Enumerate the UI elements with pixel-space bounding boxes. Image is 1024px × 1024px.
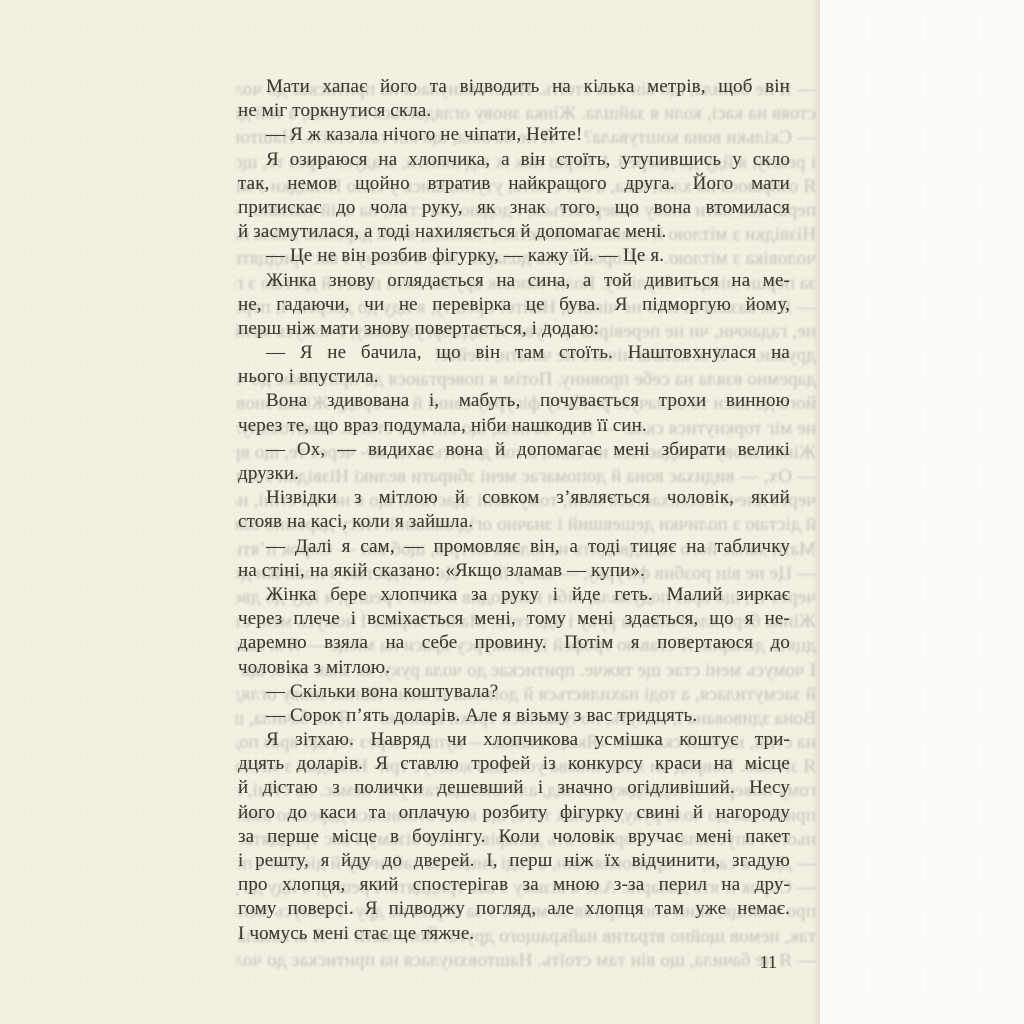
text-line: — Це не він розбив фігурку, — кажу їй. —… xyxy=(238,244,790,268)
text-line: Я зітхаю. Навряд чи хлопчикова усмішка к… xyxy=(238,728,790,752)
text-line: дцять доларів. Я ставлю трофей із конкур… xyxy=(238,752,790,776)
text-line: друзки. xyxy=(238,462,790,486)
text-line: — Я ж казала нічого не чіпати, Нейте! xyxy=(238,123,790,147)
text-line: — Далі я сам, — промовляє він, а тоді ти… xyxy=(238,535,790,559)
text-line: Мати хапає його та відводить на кілька м… xyxy=(238,75,790,99)
body-text: Мати хапає його та відводить на кілька м… xyxy=(238,75,790,946)
text-line: — Скільки вона коштувала? xyxy=(238,680,790,704)
text-line: Жінка знову оглядається на сина, а той д… xyxy=(238,269,790,293)
text-line: і решту, я йду до дверей. І, перш ніж їх… xyxy=(238,849,790,873)
text-line: Вона здивована і, мабуть, почувається тр… xyxy=(238,389,790,413)
text-line: й засмутилася, а тоді нахиляється й допо… xyxy=(238,220,790,244)
text-line: на стіні, на якій сказано: «Якщо зламав … xyxy=(238,559,790,583)
text-line: й дістаю з полички дешевший і значно огі… xyxy=(238,776,790,800)
text-line: за перше місце в боулінгу. Коли чоловік … xyxy=(238,825,790,849)
text-line: гому поверсі. Я підводжу погляд, але хло… xyxy=(238,897,790,921)
text-line: чоловіка з мітлою. xyxy=(238,656,790,680)
text-line: Нізвідки з мітлою й совком з’являється ч… xyxy=(238,486,790,510)
text-line: його до каси та оплачую розбиту фігурку … xyxy=(238,801,790,825)
text-line: притискає до чола руку, як знак того, що… xyxy=(238,196,790,220)
text-line: — Я не бачила, що він там стоїть. Наштов… xyxy=(238,341,790,365)
page-number: 11 xyxy=(238,951,777,973)
text-line: через плече і всміхається мені, тому мен… xyxy=(238,607,790,631)
text-line: не, гадаючи, чи не перевірка це бува. Я … xyxy=(238,293,790,317)
text-line: стояв на касі, коли я зайшла. xyxy=(238,510,790,534)
text-line: Жінка бере хлопчика за руку і йде геть. … xyxy=(238,583,790,607)
text-line: І чомусь мені стає ще тяжче. xyxy=(238,922,790,946)
page-edge-shadow xyxy=(812,0,820,1024)
text-line: про хлопця, який спостерігав за мною з-з… xyxy=(238,873,790,897)
text-line: не міг торкнутися скла. xyxy=(238,99,790,123)
text-line: через те, що враз подумала, ніби нашкоди… xyxy=(238,414,790,438)
text-line: перш ніж мати знову повертається, і дода… xyxy=(238,317,790,341)
text-line: Я озираюся на хлопчика, а він стоїть, ут… xyxy=(238,148,790,172)
text-line: даремно взяла на себе провину. Потім я п… xyxy=(238,631,790,655)
book-page-scan: — Я не бачила, що він там стоїть. Наштов… xyxy=(0,0,1024,1024)
text-line: — Сорок п’ять доларів. Але я візьму з ва… xyxy=(238,704,790,728)
text-line: — Ох, — видихає вона й допомагає мені зб… xyxy=(238,438,790,462)
text-line: нього і впустила. xyxy=(238,365,790,389)
text-line: так, немов щойно втратив найкращого друг… xyxy=(238,172,790,196)
scanner-margin xyxy=(820,0,1024,1024)
